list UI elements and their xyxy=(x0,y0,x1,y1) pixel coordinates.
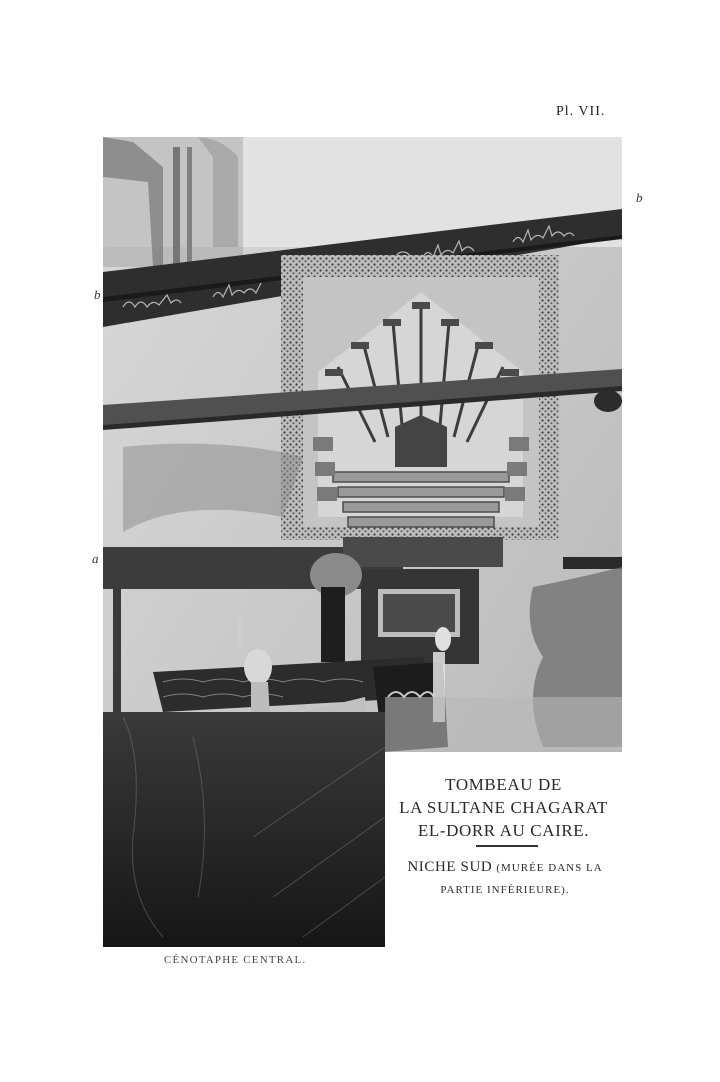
reference-marker-b-right: b xyxy=(636,190,643,206)
plate-number: Pl. VII. xyxy=(556,104,605,120)
reference-marker-a-left: a xyxy=(92,551,99,567)
caption-subtitle-paren-1: (MURÉE DANS LA xyxy=(496,862,602,874)
reference-marker-b-left: b xyxy=(94,287,101,303)
caption-subtitle-main: NICHE SUD xyxy=(407,859,492,875)
caption-subtitle-paren-2: PARTIE INFÉRIEURE). xyxy=(385,879,625,901)
caption-title-line-1: TOMBEAU DE xyxy=(385,773,622,796)
caption-divider xyxy=(476,845,538,847)
plate-caption-subtitle: NICHE SUD (MURÉE DANS LA PARTIE INFÉRIEU… xyxy=(385,856,625,901)
caption-title-line-3: EL-DORR AU CAIRE. xyxy=(385,819,622,842)
plate-caption-title: TOMBEAU DE LA SULTANE CHAGARAT EL-DORR A… xyxy=(385,773,622,842)
photo-caption-cenotaph: CÉNOTAPHE CENTRAL. xyxy=(164,954,306,966)
caption-title-line-2: LA SULTANE CHAGARAT xyxy=(385,796,622,819)
